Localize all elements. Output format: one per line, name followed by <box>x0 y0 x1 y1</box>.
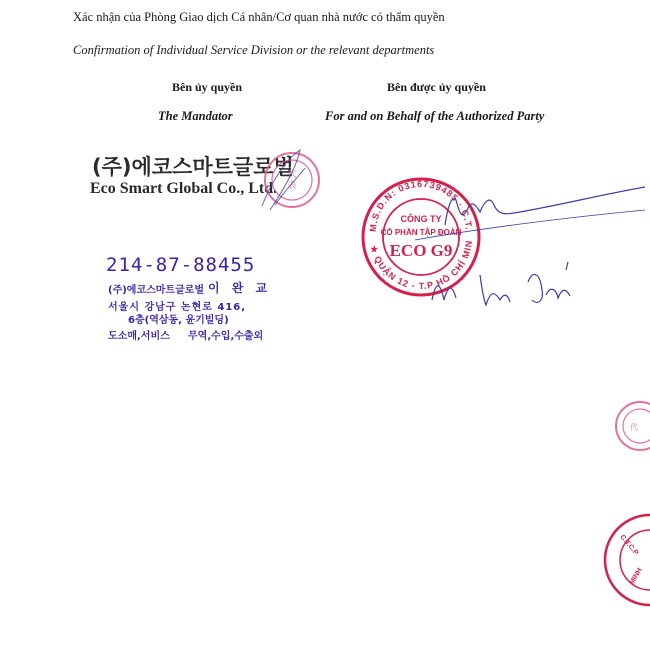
mandator-signature <box>262 150 305 210</box>
svg-text:M.S.D.N: 0316739485 · C.T.C.P: M.S.D.N: 0316739485 · C.T.C.P ★ <box>0 0 474 232</box>
svg-text:CỔ PHẦN TẬP ĐOÀN: CỔ PHẦN TẬP ĐOÀN <box>381 227 462 237</box>
svg-text:ECO G9: ECO G9 <box>390 241 453 260</box>
margin-partial-seal-1: 代 <box>616 402 650 450</box>
margin-partial-seal-2: C.T.C.P MINH <box>605 515 650 605</box>
svg-text:MINH: MINH <box>629 567 644 586</box>
svg-text:表: 表 <box>287 179 296 191</box>
svg-text:C.T.C.P: C.T.C.P <box>618 534 639 557</box>
eco-g9-company-seal: M.S.D.N: 0316739485 · C.T.C.P ★ ★ QUẬN 1… <box>0 0 479 295</box>
svg-text:CÔNG TY: CÔNG TY <box>400 213 441 224</box>
seals-and-signatures: 代 表 M.S.D.N: 0316739485 · C.T.C.P ★ ★ QU… <box>0 0 650 650</box>
korean-company-seal: 代 表 <box>265 153 319 207</box>
svg-text:代: 代 <box>630 422 638 432</box>
